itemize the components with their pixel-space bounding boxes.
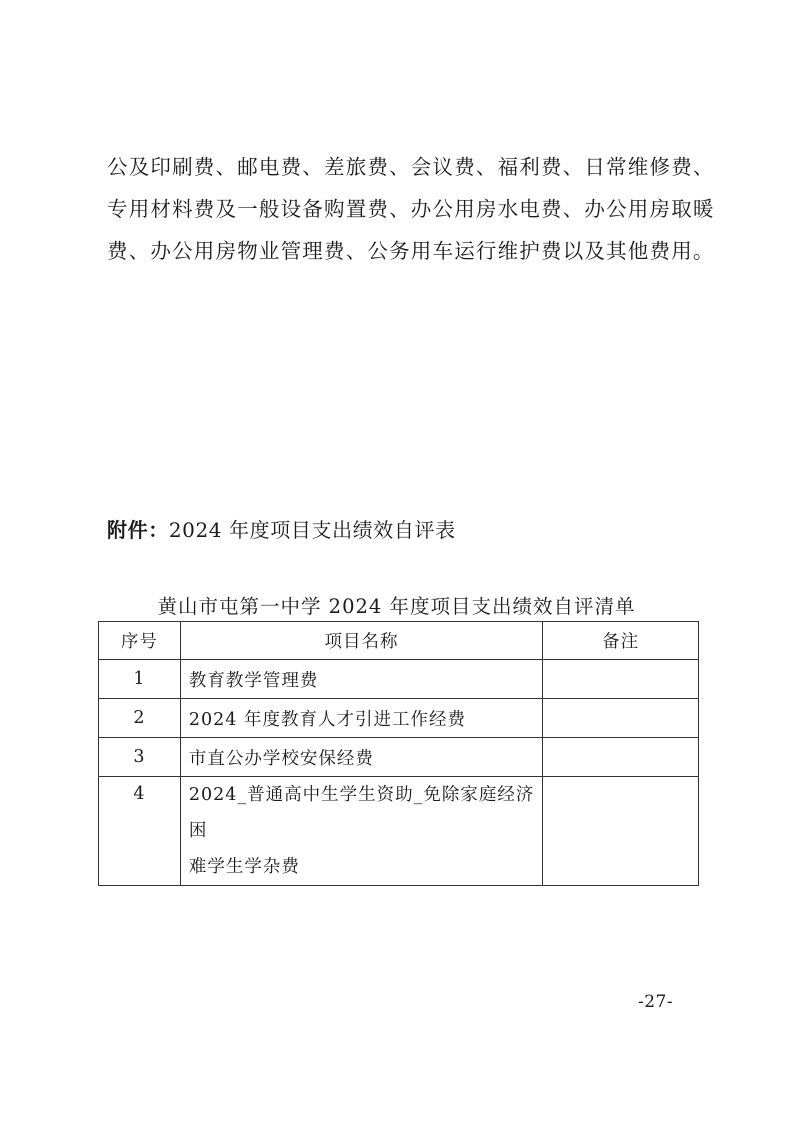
attachment-label: 附件： xyxy=(107,518,169,542)
row-note xyxy=(543,699,699,738)
row-note xyxy=(543,660,699,699)
row-name: 2024_普通高中生学生资助_免除家庭经济困 难学生学杂费 xyxy=(180,777,542,886)
table-row: 1 教育教学管理费 xyxy=(99,660,699,699)
body-paragraph: 公及印刷费、邮电费、差旅费、会议费、福利费、日常维修费、 专用材料费及一般设备购… xyxy=(107,146,707,272)
row-name-line-1: 2024_普通高中生学生资助_免除家庭经济困 xyxy=(189,777,542,849)
row-no: 2 xyxy=(99,699,181,738)
row-no: 3 xyxy=(99,738,181,777)
table-row: 3 市直公办学校安保经费 xyxy=(99,738,699,777)
table-title: 黄山市屯第一中学 2024 年度项目支出绩效自评清单 xyxy=(0,591,793,619)
row-no: 1 xyxy=(99,660,181,699)
attachment-title: 2024 年度项目支出绩效自评表 xyxy=(169,518,456,542)
project-list-table: 序号 项目名称 备注 1 教育教学管理费 2 2024 年度教育人才引进工作经费… xyxy=(98,621,699,886)
table-row: 4 2024_普通高中生学生资助_免除家庭经济困 难学生学杂费 xyxy=(99,777,699,886)
page-number: -27- xyxy=(638,992,673,1012)
body-line-2: 专用材料费及一般设备购置费、办公用房水电费、办公用房取暖 xyxy=(107,188,707,230)
header-no: 序号 xyxy=(99,622,181,660)
row-no: 4 xyxy=(99,777,181,886)
body-line-1: 公及印刷费、邮电费、差旅费、会议费、福利费、日常维修费、 xyxy=(107,146,707,188)
row-note xyxy=(543,738,699,777)
header-name: 项目名称 xyxy=(180,622,542,660)
row-name-line-2: 难学生学杂费 xyxy=(189,849,542,885)
body-line-3: 费、办公用房物业管理费、公务用车运行维护费以及其他费用。 xyxy=(107,230,707,272)
table-row: 2 2024 年度教育人才引进工作经费 xyxy=(99,699,699,738)
table-header-row: 序号 项目名称 备注 xyxy=(99,622,699,660)
row-name: 2024 年度教育人才引进工作经费 xyxy=(180,699,542,738)
row-name: 市直公办学校安保经费 xyxy=(180,738,542,777)
header-note: 备注 xyxy=(543,622,699,660)
row-note xyxy=(543,777,699,886)
attachment-heading: 附件：2024 年度项目支出绩效自评表 xyxy=(107,514,456,543)
row-name: 教育教学管理费 xyxy=(180,660,542,699)
